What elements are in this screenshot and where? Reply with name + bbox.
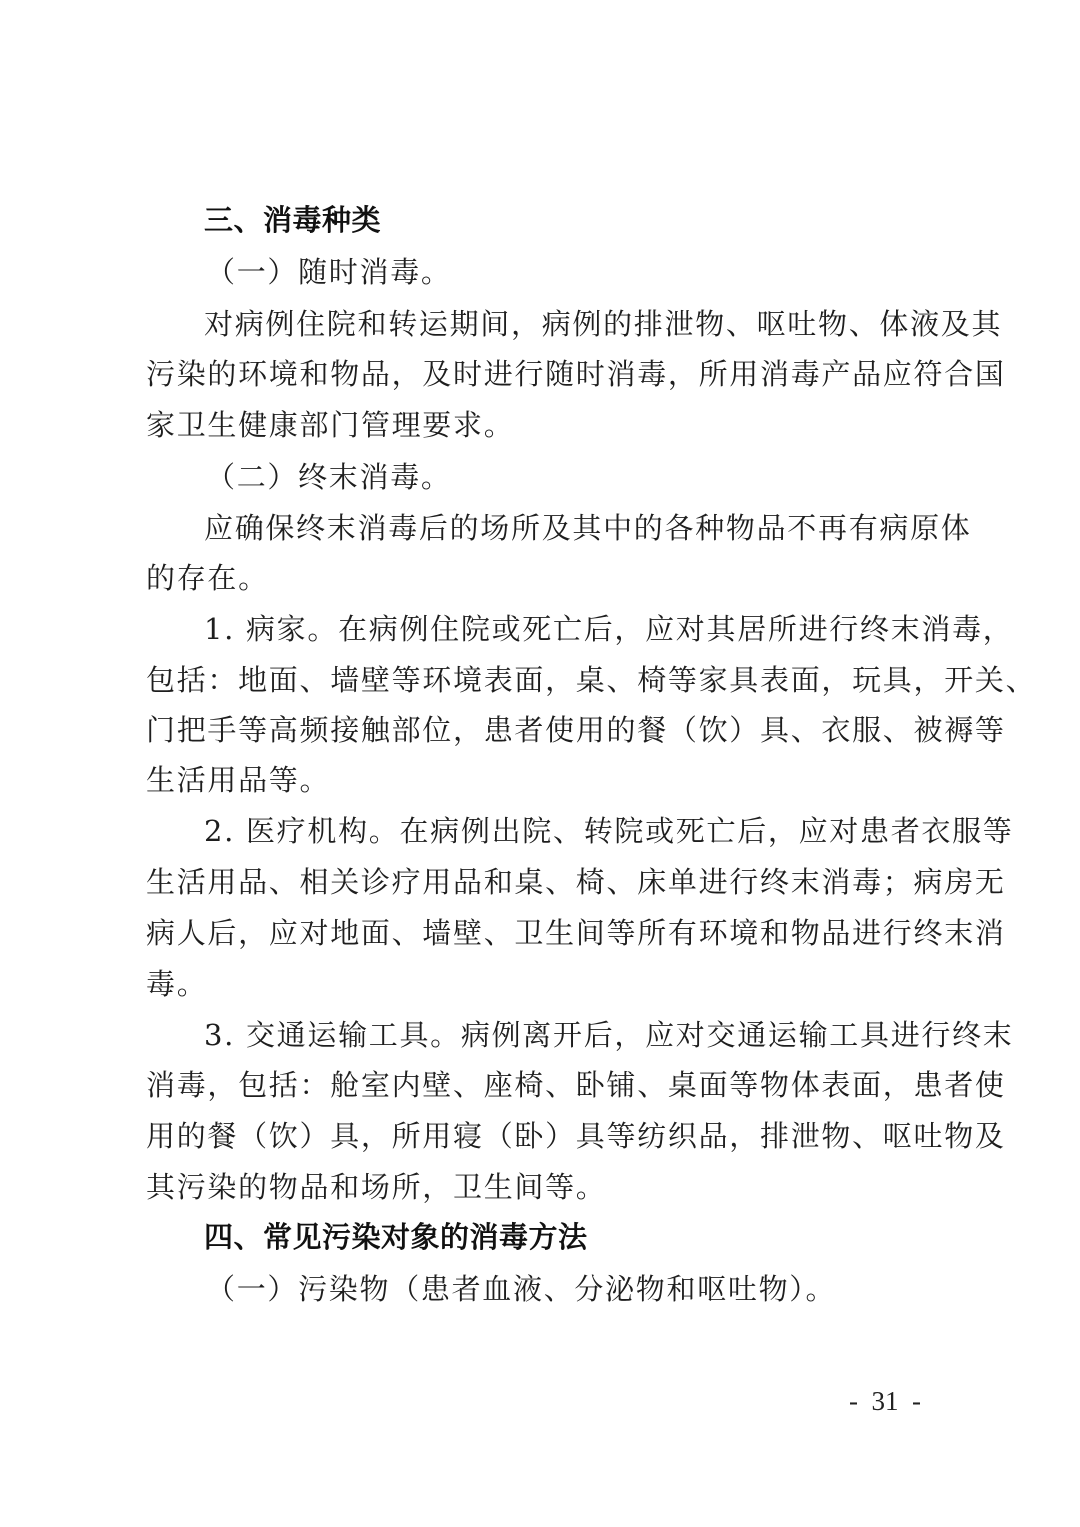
section-heading-disinfection-methods: 四、常见污染对象的消毒方法 <box>204 1217 1014 1257</box>
paragraph-line: 应确保终末消毒后的场所及其中的各种物品不再有病原体 <box>204 508 1014 548</box>
list-item-line: 毒。 <box>146 964 956 1004</box>
list-item-line: 1. 病家。在病例住院或死亡后，应对其居所进行终末消毒， <box>204 609 1014 649</box>
subsection-title-routine-disinfection: （一）随时消毒。 <box>206 252 1016 292</box>
paragraph-line: 的存在。 <box>146 558 956 598</box>
list-item-line: 生活用品等。 <box>146 760 956 800</box>
list-item-line: 用的餐（饮）具，所用寝（卧）具等纺织品，排泄物、呕吐物及 <box>146 1116 956 1156</box>
document-page: 三、消毒种类 （一）随时消毒。 对病例住院和转运期间，病例的排泄物、呕吐物、体液… <box>0 0 1080 1527</box>
section-heading-disinfection-types: 三、消毒种类 <box>204 200 1014 240</box>
list-item-line: 消毒，包括：舱室内壁、座椅、卧铺、桌面等物体表面，患者使 <box>146 1065 956 1105</box>
paragraph-line: 污染的环境和物品，及时进行随时消毒，所用消毒产品应符合国 <box>146 354 956 394</box>
paragraph-line: 家卫生健康部门管理要求。 <box>146 405 956 445</box>
list-item-line: 生活用品、相关诊疗用品和桌、椅、床单进行终末消毒；病房无 <box>146 862 956 902</box>
page-number: - 31 - <box>840 1383 930 1419</box>
list-item-line: 其污染的物品和场所，卫生间等。 <box>146 1167 956 1207</box>
list-item-line: 病人后，应对地面、墙壁、卫生间等所有环境和物品进行终末消 <box>146 913 956 953</box>
paragraph-line: 对病例住院和转运期间，病例的排泄物、呕吐物、体液及其 <box>204 304 1014 344</box>
list-item-line: 门把手等高频接触部位，患者使用的餐（饮）具、衣服、被褥等 <box>146 710 956 750</box>
subsection-title-terminal-disinfection: （二）终末消毒。 <box>206 457 1016 497</box>
list-item-line: 2. 医疗机构。在病例出院、转院或死亡后，应对患者衣服等 <box>204 811 1014 851</box>
subsection-title-contaminants: （一）污染物（患者血液、分泌物和呕吐物）。 <box>206 1269 1016 1309</box>
list-item-line: 3. 交通运输工具。病例离开后，应对交通运输工具进行终末 <box>204 1015 1014 1055</box>
list-item-line: 包括：地面、墙壁等环境表面，桌、椅等家具表面，玩具，开关、 <box>146 660 956 700</box>
